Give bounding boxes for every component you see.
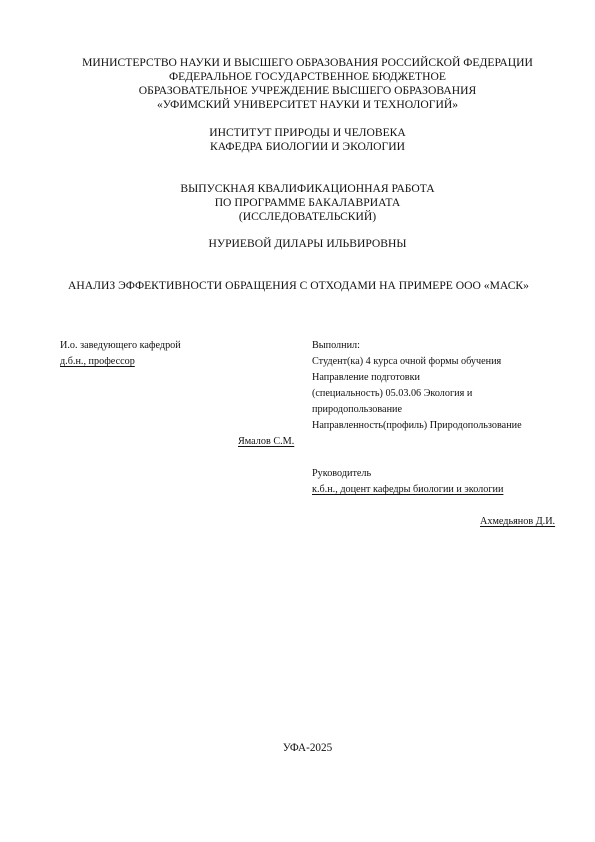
header-line: ОБРАЗОВАТЕЛЬНОЕ УЧРЕЖДЕНИЕ ВЫСШЕГО ОБРАЗ…	[0, 84, 595, 97]
title-page: МИНИСТЕРСТВО НАУКИ И ВЫСШЕГО ОБРАЗОВАНИЯ…	[0, 0, 595, 842]
work-type-line: ПО ПРОГРАММЕ БАКАЛАВРИАТА	[0, 196, 595, 209]
student-line: природопользование	[312, 402, 402, 418]
head-name: Ямалов С.М.	[238, 434, 294, 450]
work-type-line: (ИССЛЕДОВАТЕЛЬСКИЙ)	[0, 210, 595, 223]
department-name: КАФЕДРА БИОЛОГИИ И ЭКОЛОГИИ	[0, 140, 595, 153]
student-line: (специальность) 05.03.06 Экология и	[312, 386, 472, 402]
head-degree: д.б.н., профессор	[60, 354, 135, 370]
city-year: УФА-2025	[0, 742, 595, 755]
supervisor-label: Руководитель	[312, 466, 371, 482]
supervisor-name: Ахмедьянов Д.И.	[480, 514, 555, 530]
head-role: И.о. заведующего кафедрой	[60, 338, 181, 354]
student-line: Студент(ка) 4 курса очной формы обучения	[312, 354, 501, 370]
header-line: «УФИМСКИЙ УНИВЕРСИТЕТ НАУКИ И ТЕХНОЛОГИЙ…	[0, 98, 595, 111]
header-line: ФЕДЕРАЛЬНОЕ ГОСУДАРСТВЕННОЕ БЮДЖЕТНОЕ	[0, 70, 595, 83]
student-line: Направленность(профиль) Природопользован…	[312, 418, 522, 434]
header-line: МИНИСТЕРСТВО НАУКИ И ВЫСШЕГО ОБРАЗОВАНИЯ…	[0, 56, 595, 69]
work-type-line: ВЫПУСКНАЯ КВАЛИФИКАЦИОННАЯ РАБОТА	[0, 182, 595, 195]
student-line: Направление подготовки	[312, 370, 420, 386]
institute-name: ИНСТИТУТ ПРИРОДЫ И ЧЕЛОВЕКА	[0, 126, 595, 139]
student-label: Выполнил:	[312, 338, 360, 354]
author-name: НУРИЕВОЙ ДИЛАРЫ ИЛЬВИРОВНЫ	[0, 237, 595, 250]
supervisor-degree: к.б.н., доцент кафедры биологии и эколог…	[312, 482, 503, 498]
thesis-title: АНАЛИЗ ЭФФЕКТИВНОСТИ ОБРАЩЕНИЯ С ОТХОДАМ…	[0, 279, 595, 292]
